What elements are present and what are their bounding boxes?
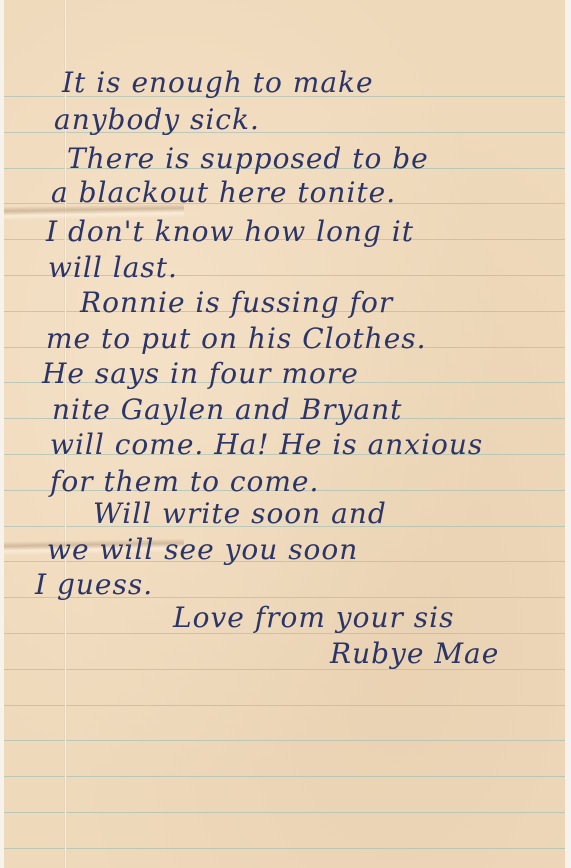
ruled-line bbox=[4, 705, 565, 706]
ruled-line bbox=[4, 740, 565, 741]
letter-line: will come. Ha! He is anxious bbox=[50, 428, 483, 461]
letter-line: Will write soon and bbox=[93, 497, 387, 530]
ruled-line bbox=[4, 776, 565, 777]
letter-line: for them to come. bbox=[50, 465, 319, 498]
letter-line: There is supposed to be bbox=[67, 142, 429, 175]
letter-line: I guess. bbox=[35, 568, 153, 601]
closing-line: Love from your sis bbox=[173, 601, 454, 634]
signature: Rubye Mae bbox=[330, 637, 499, 670]
letter-page: It is enough to make anybody sick. There… bbox=[4, 0, 565, 868]
ruled-line bbox=[4, 848, 565, 849]
ruled-line bbox=[4, 812, 565, 813]
letter-line: It is enough to make bbox=[62, 66, 374, 99]
letter-line: He says in four more bbox=[42, 357, 359, 390]
letter-line: we will see you soon bbox=[47, 533, 358, 566]
letter-line: I don't know how long it bbox=[46, 215, 414, 248]
letter-line: anybody sick. bbox=[54, 103, 260, 136]
letter-line: will last. bbox=[48, 251, 178, 284]
letter-line: Ronnie is fussing for bbox=[80, 286, 393, 319]
letter-line: me to put on his Clothes. bbox=[46, 322, 427, 355]
letter-line: nite Gaylen and Bryant bbox=[52, 393, 402, 426]
letter-line: a blackout here tonite. bbox=[51, 176, 396, 209]
